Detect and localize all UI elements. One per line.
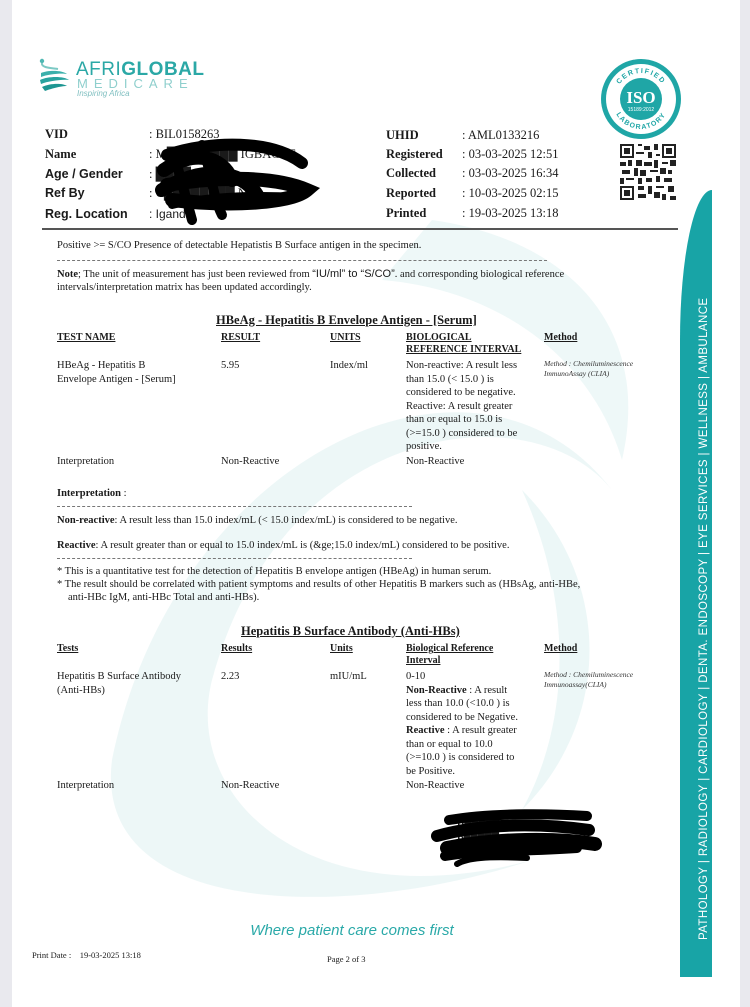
services-list: PATHOLOGY | RADIOLOGY | CARDIOLOGY | DEN…	[698, 298, 710, 940]
units-value: Index/ml	[330, 359, 368, 373]
label-age-gender: Age / Gender	[45, 167, 123, 181]
note-label: Note	[57, 269, 78, 280]
seal-standard-text: 15189:2012	[628, 107, 655, 113]
col-test-name: TEST NAME	[57, 332, 115, 344]
value-uhid: : AML0133216	[462, 128, 539, 143]
col-units: UNITS	[330, 332, 361, 344]
col-units: Units	[330, 643, 353, 655]
value-printed: : 19-03-2025 13:18	[462, 206, 559, 221]
test-name: Hepatitis B Surface Antibody(Anti-HBs)	[57, 670, 181, 697]
method-value: Method : ChemiluminescenceImmunoAssay (C…	[544, 359, 633, 379]
col-results: Results	[221, 643, 252, 655]
interpretation-reference: Non-Reactive	[406, 455, 464, 469]
seal-iso-text: ISO	[626, 88, 655, 107]
label-vid: VID	[45, 127, 68, 142]
result-value: 2.23	[221, 670, 239, 684]
page-number: Page 2 of 3	[327, 954, 365, 964]
interpretation-label: Interpretation	[57, 455, 114, 469]
units-value: mIU/mL	[330, 670, 367, 684]
dashed-divider	[57, 558, 412, 559]
interpretation-label: Interpretation	[57, 779, 114, 793]
interpretation-result: Non-Reactive	[221, 779, 279, 793]
positive-definition: Positive >= S/CO Presence of detectable …	[57, 239, 421, 252]
value-reported: : 10-03-2025 02:15	[462, 186, 559, 201]
label-registered: Registered	[386, 147, 443, 162]
globe-swirl-icon	[38, 56, 72, 96]
interpretation-reference: Non-Reactive	[406, 779, 464, 793]
unit-change-note: Note; The unit of measurement has just b…	[57, 268, 672, 294]
col-ref-interval: BIOLOGICALREFERENCE INTERVAL	[406, 332, 521, 356]
qr-code	[620, 144, 676, 200]
redaction-scribble	[152, 135, 322, 225]
header-divider	[42, 228, 678, 230]
col-ref-interval: Biological ReferenceInterval	[406, 643, 493, 667]
col-result: RESULT	[221, 332, 260, 344]
label-collected: Collected	[386, 166, 436, 181]
dashed-divider	[57, 506, 412, 507]
reference-interval: Non-reactive: A result lessthan 15.0 (< …	[406, 359, 546, 454]
label-printed: Printed	[386, 206, 426, 221]
signature-redaction-scribble	[427, 808, 602, 873]
reactive-definition: Reactive: A result greater than or equal…	[57, 539, 509, 552]
brand-tagline: Inspiring Africa	[77, 89, 130, 98]
label-name: Name	[45, 147, 76, 162]
reference-interval: 0-10 Non-Reactive : A result less than 1…	[406, 670, 546, 778]
label-uhid: UHID	[386, 128, 419, 143]
value-collected: : 03-03-2025 16:34	[462, 166, 559, 181]
method-value: Method : ChemiluminescenceImmunoassay(CL…	[544, 670, 633, 690]
print-date: Print Date : 19-03-2025 13:18	[32, 950, 141, 960]
antihbs-section-title: Hepatitis B Surface Antibody (Anti-HBs)	[241, 624, 460, 639]
hbeag-section-title: HBeAg - Hepatitis B Envelope Antigen - […	[216, 313, 477, 328]
col-tests: Tests	[57, 643, 78, 655]
non-reactive-definition: Non-reactive: A result less than 15.0 in…	[57, 514, 457, 527]
iso-certified-seal: CERTIFIED LABORATORY ISO 15189:2012	[599, 57, 683, 141]
dashed-divider	[57, 260, 547, 261]
test-name: HBeAg - Hepatitis BEnvelope Antigen - [S…	[57, 359, 176, 386]
interpretation-result: Non-Reactive	[221, 455, 279, 469]
label-ref-by: Ref By	[45, 186, 85, 200]
lab-report-page: AFRIGLOBAL MEDICARE Inspiring Africa CER…	[12, 0, 740, 1007]
interpretation-heading: Interpretation :	[57, 487, 127, 500]
footnote-correlation: * The result should be correlated with p…	[57, 578, 677, 604]
result-value: 5.95	[221, 359, 239, 373]
col-method: Method	[544, 643, 577, 655]
label-reg-location: Reg. Location	[45, 207, 128, 221]
brand-logo: AFRIGLOBAL MEDICARE Inspiring Africa	[38, 56, 208, 98]
label-reported: Reported	[386, 186, 436, 201]
footer-tagline: Where patient care comes first	[12, 922, 692, 939]
footnote-quantitative: * This is a quantitative test for the de…	[57, 565, 491, 578]
value-registered: : 03-03-2025 12:51	[462, 147, 559, 162]
col-method: Method	[544, 332, 577, 344]
